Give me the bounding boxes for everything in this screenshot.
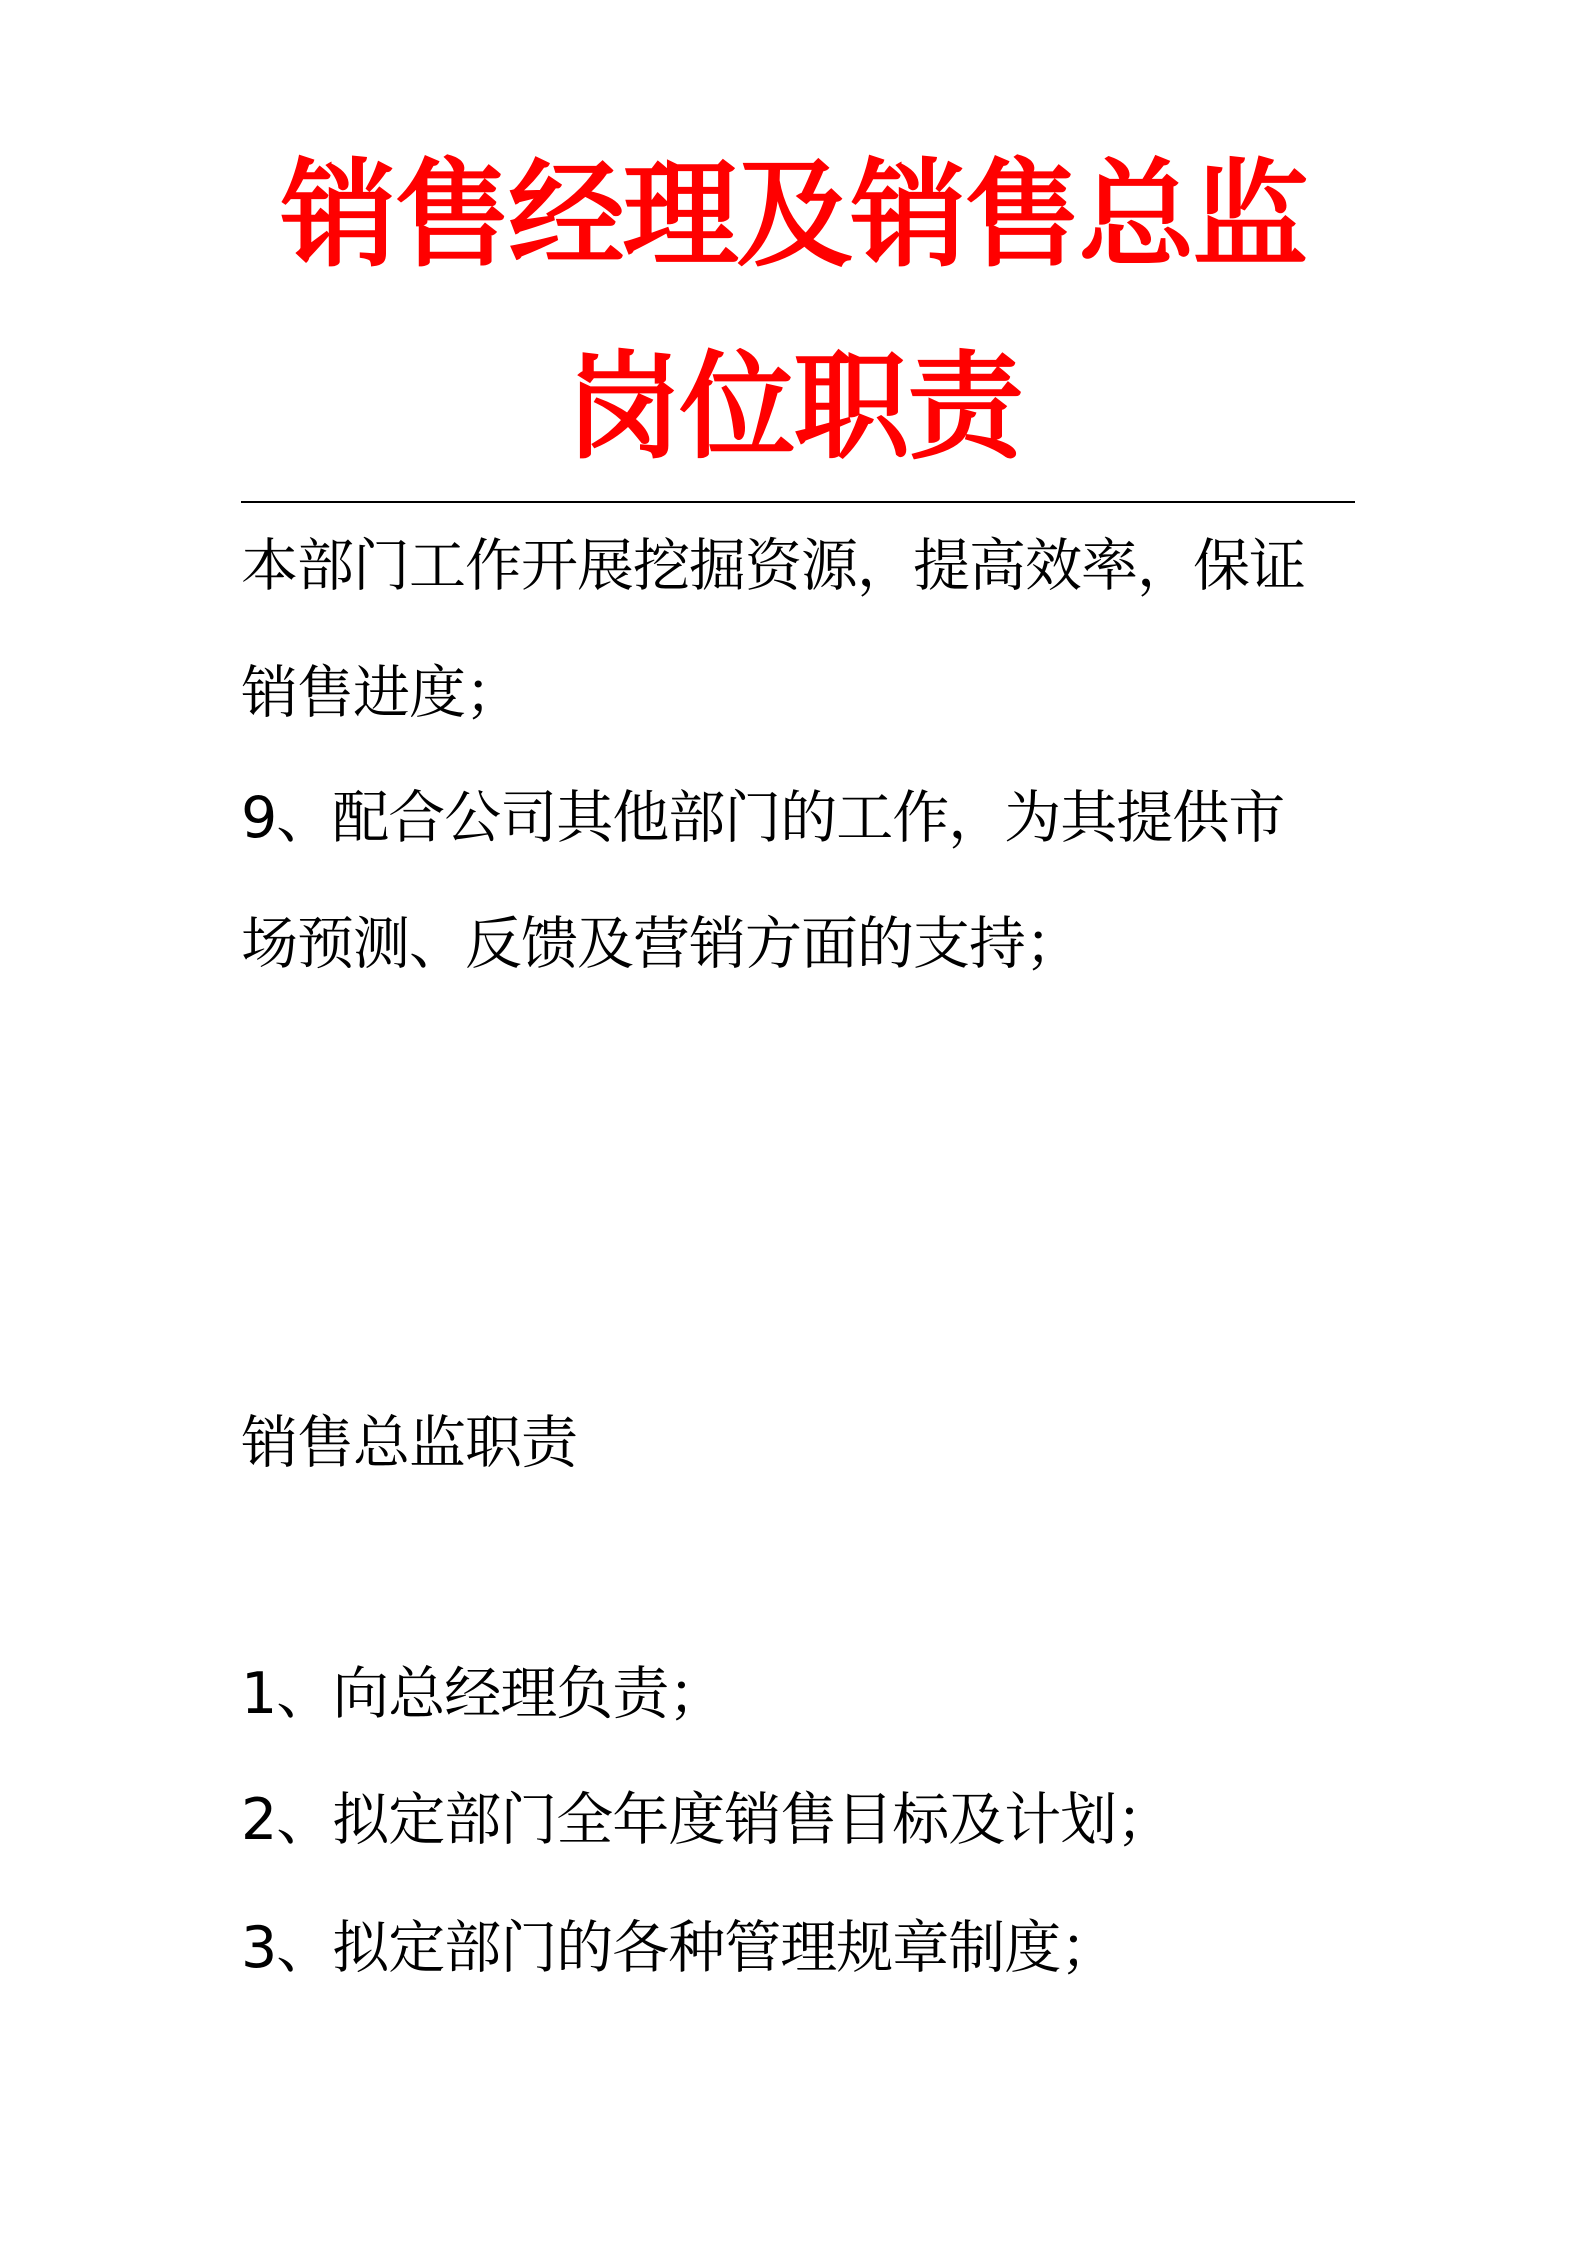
- document-title-line-1: 销售经理及销售总监: [0, 158, 1587, 274]
- list-item: 3、拟定部门的各种管理规章制度；: [241, 1917, 1371, 1979]
- list-item: 1、向总经理负责；: [241, 1663, 1371, 1725]
- document-title-line-2: 岗位职责: [0, 350, 1587, 466]
- section-heading: 销售总监职责: [241, 1412, 1371, 1474]
- body-line: 场预测、反馈及营销方面的支持；: [241, 913, 1371, 975]
- body-line: 9、配合公司其他部门的工作，为其提供市: [241, 787, 1371, 849]
- body-line: 本部门工作开展挖掘资源，提高效率，保证: [241, 535, 1371, 597]
- list-item: 2、拟定部门全年度销售目标及计划；: [241, 1789, 1371, 1851]
- title-divider: [241, 501, 1355, 503]
- body-line: 销售进度；: [241, 662, 1371, 724]
